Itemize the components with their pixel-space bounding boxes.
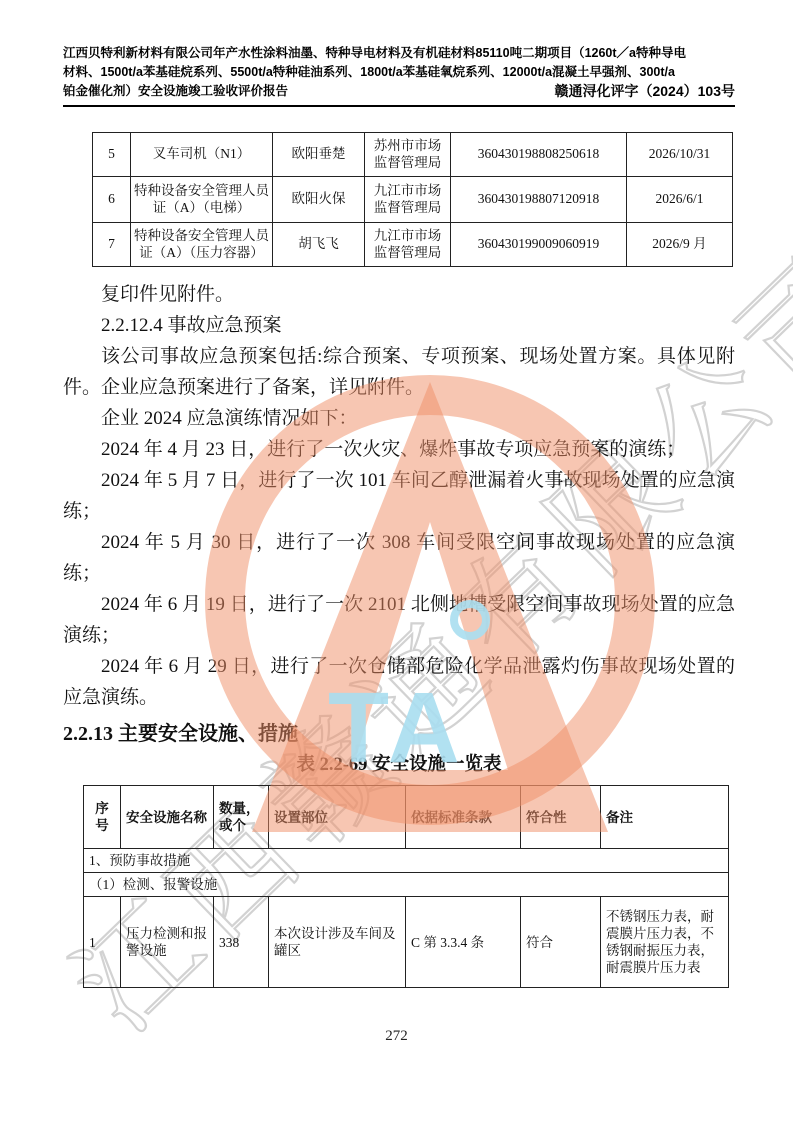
cert-no-cell: 7 <box>93 223 131 267</box>
paragraph: 该公司事故应急预案包括:综合预案、专项预案、现场处置方案。具体见附件。企业应急预… <box>63 341 735 403</box>
group-label: 1、预防事故措施 <box>84 849 729 873</box>
table-row: 5 叉车司机（N1） 欧阳垂楚 苏州市市场监督管理局 3604301988082… <box>93 133 733 177</box>
cert-number-cell: 360430199009060919 <box>451 223 627 267</box>
facility-qty-cell: 338 <box>214 897 269 988</box>
col-header-qty: 数量，或个 <box>214 786 269 849</box>
cert-date-cell: 2026/9 月 <box>627 223 733 267</box>
table-row: 1 压力检测和报警设施 338 本次设计涉及车间及罐区 C 第 3.3.4 条 … <box>84 897 729 988</box>
paragraph: 2024 年 6 月 29 日，进行了一次仓储部危险化学品泄露灼伤事故现场处置的… <box>63 651 735 713</box>
page-number: 272 <box>0 1028 793 1045</box>
cert-person-cell: 胡飞飞 <box>273 223 365 267</box>
cert-date-cell: 2026/10/31 <box>627 133 733 177</box>
col-header-standard: 依据标准条款 <box>406 786 521 849</box>
col-header-location: 设置部位 <box>269 786 406 849</box>
table-row: 6 特种设备安全管理人员证（A）（电梯） 欧阳火保 九江市市场监督管理局 360… <box>93 177 733 223</box>
cert-name-cell: 特种设备安全管理人员证（A）（压力容器） <box>131 223 273 267</box>
table-row: 7 特种设备安全管理人员证（A）（压力容器） 胡飞飞 九江市市场监督管理局 36… <box>93 223 733 267</box>
group-row: （1）检测、报警设施 <box>84 873 729 897</box>
group-label: （1）检测、报警设施 <box>84 873 729 897</box>
cert-number-cell: 360430198807120918 <box>451 177 627 223</box>
body-text: 复印件见附件。 2.2.12.4 事故应急预案 该公司事故应急预案包括:综合预案… <box>63 279 735 713</box>
section-heading: 2.2.13 主要安全设施、措施 <box>63 719 735 749</box>
paragraph: 复印件见附件。 <box>63 279 735 310</box>
table-header-row: 序号 安全设施名称 数量，或个 设置部位 依据标准条款 符合性 备注 <box>84 786 729 849</box>
facility-no-cell: 1 <box>84 897 121 988</box>
cert-person-cell: 欧阳垂楚 <box>273 133 365 177</box>
facility-location-cell: 本次设计涉及车间及罐区 <box>269 897 406 988</box>
facility-conformity-cell: 符合 <box>521 897 601 988</box>
cert-number-cell: 360430198808250618 <box>451 133 627 177</box>
cert-authority-cell: 九江市市场监督管理局 <box>365 177 451 223</box>
facility-name-cell: 压力检测和报警设施 <box>121 897 214 988</box>
table-caption: 表 2.2-69 安全设施一览表 <box>63 751 735 779</box>
facility-remark-cell: 不锈钢压力表，耐震膜片压力表，不锈钢耐振压力表，耐震膜片压力表 <box>601 897 729 988</box>
page-header: 江西贝特利新材料有限公司年产水性涂料油墨、特种导电材料及有机硅材料85110吨二… <box>63 44 735 107</box>
cert-name-cell: 叉车司机（N1） <box>131 133 273 177</box>
cert-authority-cell: 苏州市市场监督管理局 <box>365 133 451 177</box>
col-header-remark: 备注 <box>601 786 729 849</box>
cert-authority-cell: 九江市市场监督管理局 <box>365 223 451 267</box>
document-number: 赣通浔化评字（2024）103号 <box>554 82 735 101</box>
header-line: 材料、1500t/a苯基硅烷系列、5500t/a特种硅油系列、1800t/a苯基… <box>63 63 735 82</box>
paragraph: 2024 年 5 月 30 日，进行了一次 308 车间受限空间事故现场处置的应… <box>63 527 735 589</box>
col-header-name: 安全设施名称 <box>121 786 214 849</box>
header-line: 铂金催化剂）安全设施竣工验收评价报告 <box>63 82 288 101</box>
cert-date-cell: 2026/6/1 <box>627 177 733 223</box>
paragraph: 2.2.12.4 事故应急预案 <box>63 310 735 341</box>
col-header-no: 序号 <box>84 786 121 849</box>
paragraph: 2024 年 5 月 7 日，进行了一次 101 车间乙醇泄漏着火事故现场处置的… <box>63 465 735 527</box>
col-header-conformity: 符合性 <box>521 786 601 849</box>
cert-person-cell: 欧阳火保 <box>273 177 365 223</box>
paragraph: 2024 年 6 月 19 日，进行了一次 2101 北侧地槽受限空间事故现场处… <box>63 589 735 651</box>
cert-no-cell: 6 <box>93 177 131 223</box>
certificate-table: 5 叉车司机（N1） 欧阳垂楚 苏州市市场监督管理局 3604301988082… <box>92 132 733 267</box>
paragraph: 2024 年 4 月 23 日，进行了一次火灾、爆炸事故专项应急预案的演练； <box>63 434 735 465</box>
header-line: 江西贝特利新材料有限公司年产水性涂料油墨、特种导电材料及有机硅材料85110吨二… <box>63 44 735 63</box>
header-rule <box>63 105 735 107</box>
facility-standard-cell: C 第 3.3.4 条 <box>406 897 521 988</box>
safety-facility-table: 序号 安全设施名称 数量，或个 设置部位 依据标准条款 符合性 备注 1、预防事… <box>83 785 729 988</box>
report-page: 江西赣通有限公司 江西贝特利新材料有限公司年产水性涂料油墨、特种导电材料及有机硅… <box>0 0 793 1122</box>
cert-name-cell: 特种设备安全管理人员证（A）（电梯） <box>131 177 273 223</box>
cert-no-cell: 5 <box>93 133 131 177</box>
page-content: 江西贝特利新材料有限公司年产水性涂料油墨、特种导电材料及有机硅材料85110吨二… <box>63 44 735 988</box>
group-row: 1、预防事故措施 <box>84 849 729 873</box>
paragraph: 企业 2024 应急演练情况如下： <box>63 403 735 434</box>
